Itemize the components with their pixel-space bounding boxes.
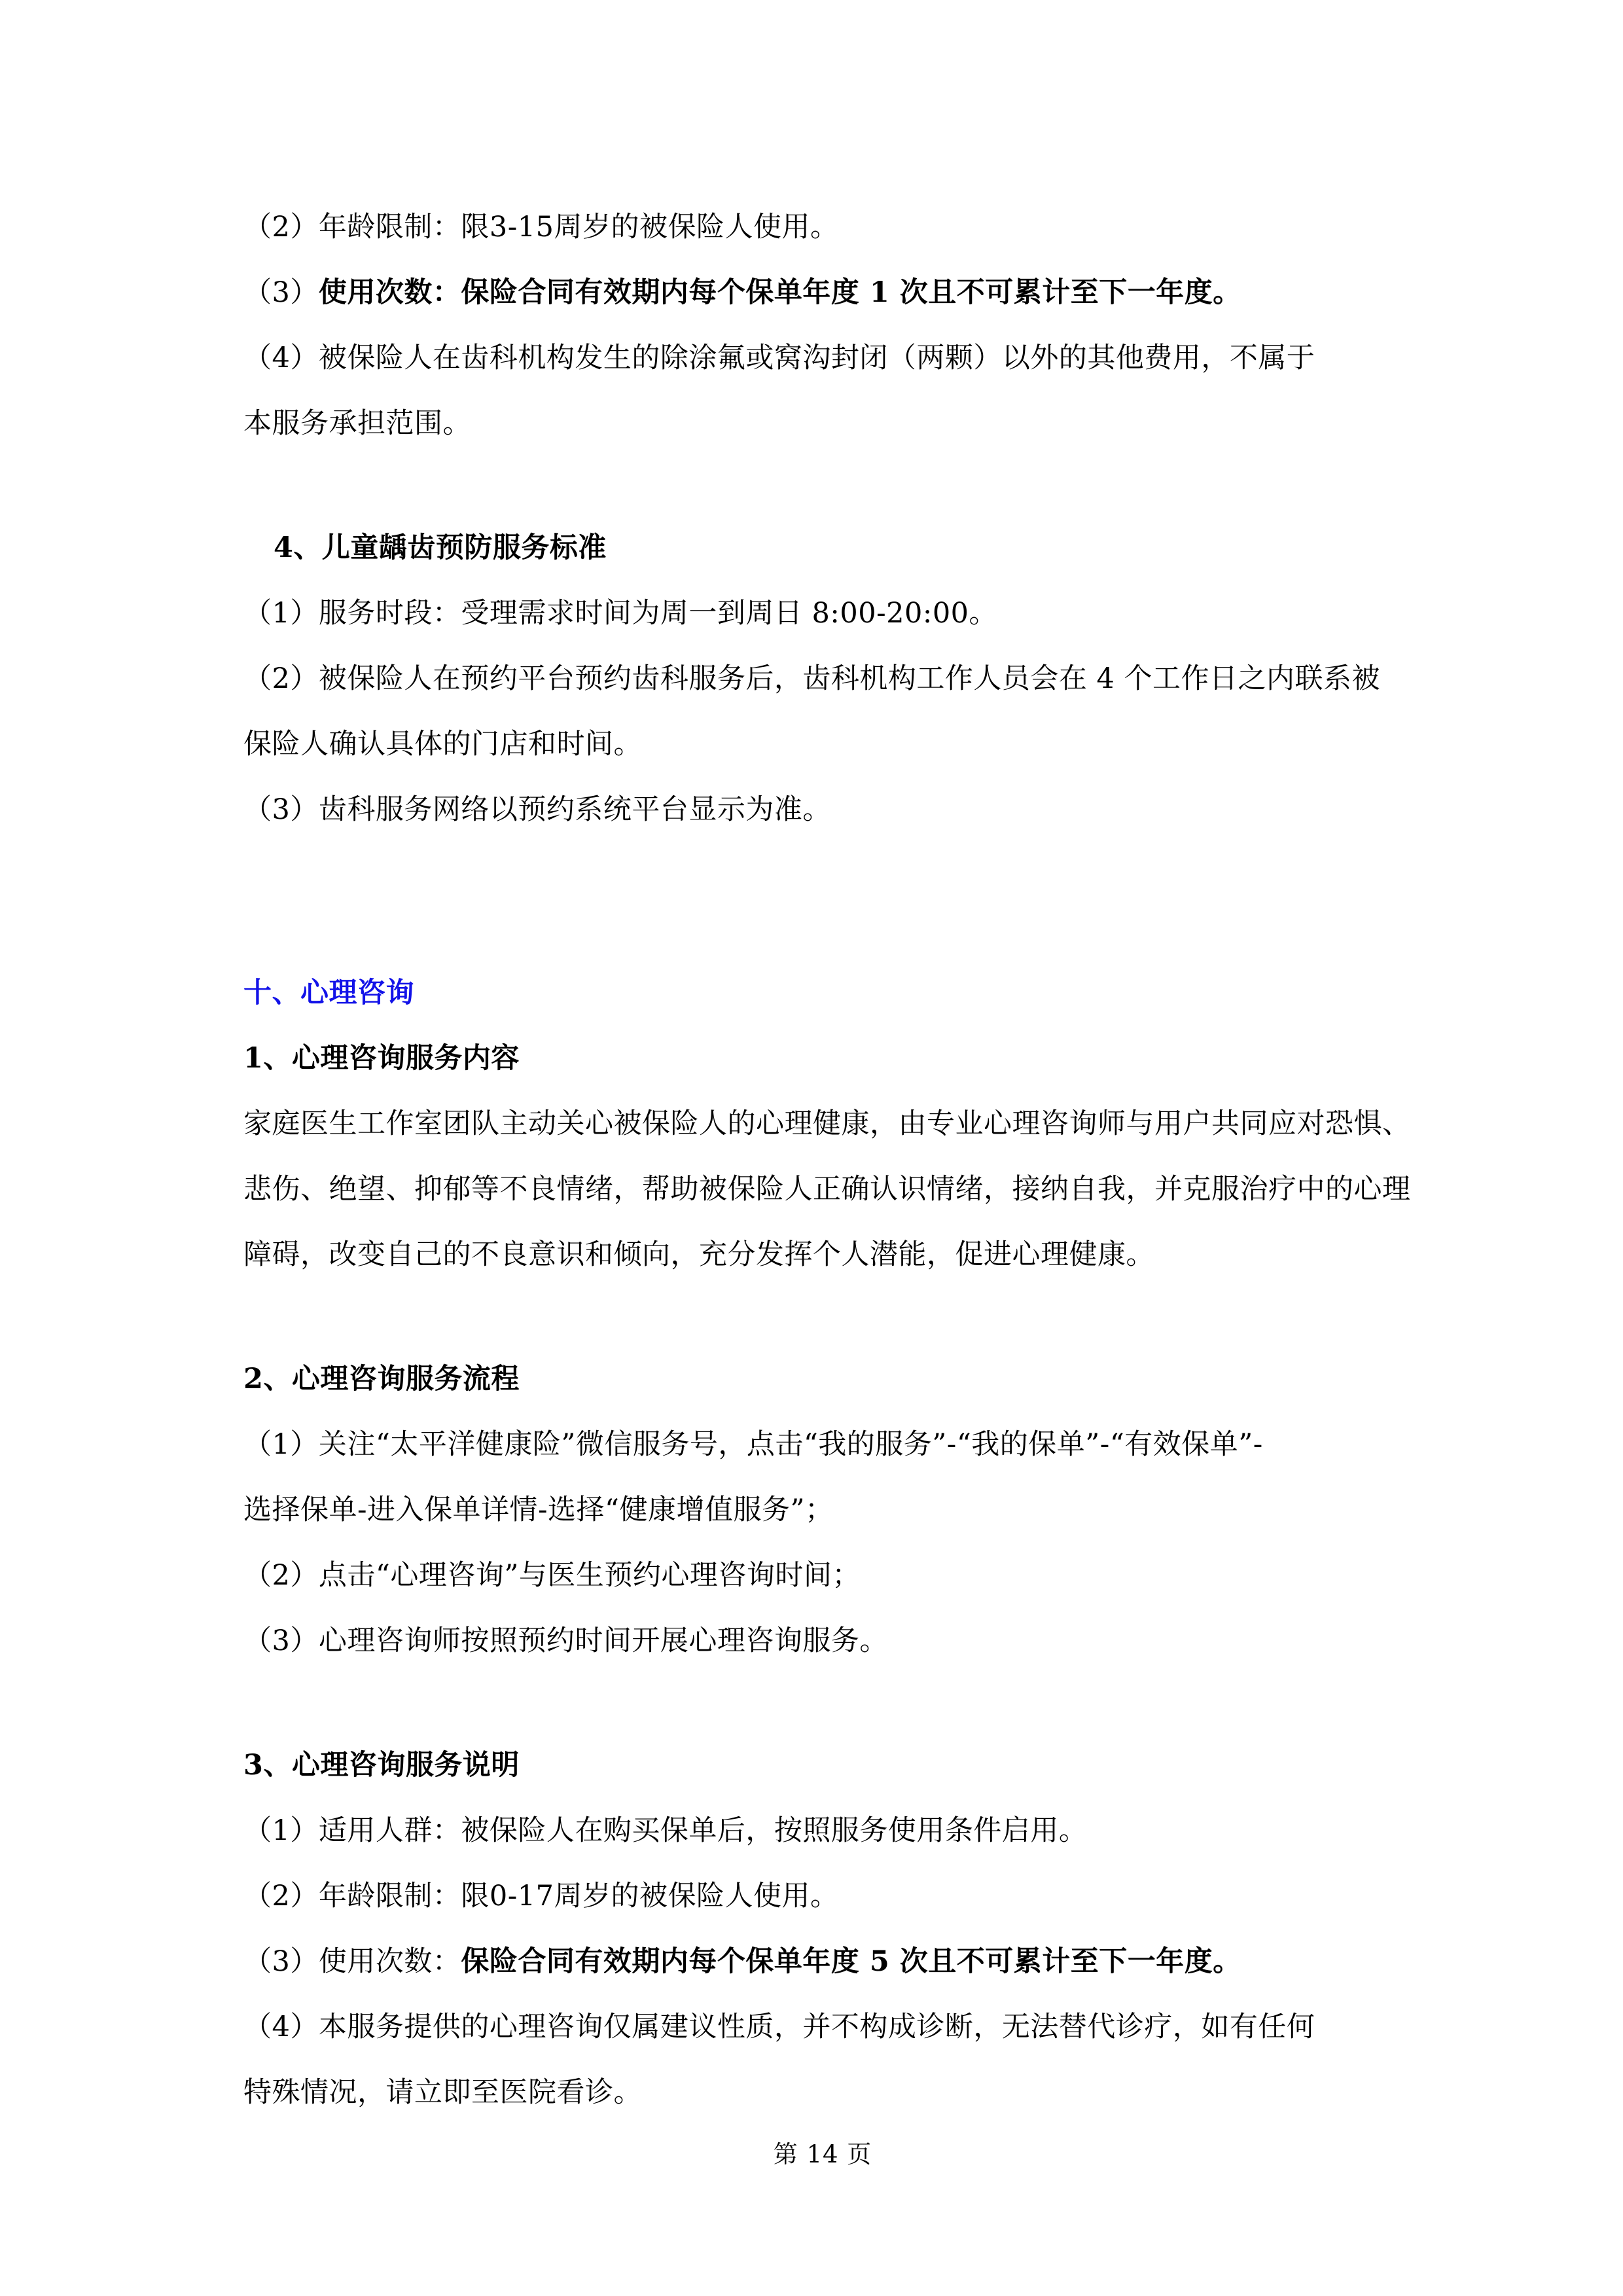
- body-text: （2）年龄限制：限3-15周岁的被保险人使用。: [243, 211, 838, 243]
- body-text: 障碍，改变自己的不良意识和倾向，充分发挥个人潜能，促进心理健康。: [243, 1238, 1154, 1271]
- blank-line: [243, 901, 1402, 960]
- body-text: 悲伤、绝望、抑郁等不良情绪，帮助被保险人正确认识情绪，接纳自我，并克服治疗中的心…: [243, 1173, 1411, 1206]
- body-text: （2）点击“心理咨询”与医生预约心理咨询时间；: [243, 1559, 861, 1592]
- document-line: （4）本服务提供的心理咨询仅属建议性质，并不构成诊断，无法替代诊疗，如有任何: [243, 1994, 1402, 2060]
- document-line: （2）年龄限制：限3-15周岁的被保险人使用。: [243, 194, 1402, 260]
- blank-line: [243, 842, 1402, 901]
- document-line: 3、心理咨询服务说明: [243, 1732, 1402, 1798]
- body-text: 保险人确认具体的门店和时间。: [243, 728, 642, 761]
- body-text: （1）服务时段：受理需求时间为周一到周日 8:00-20:00。: [243, 597, 997, 630]
- bold-text: 1、心理咨询服务内容: [243, 1042, 520, 1075]
- document-content: （2）年龄限制：限3-15周岁的被保险人使用。（3）使用次数：保险合同有效期内每…: [0, 0, 1623, 2171]
- document-line: 2、心理咨询服务流程: [243, 1346, 1402, 1412]
- document-line: 选择保单-进入保单详情-选择“健康增值服务”；: [243, 1477, 1402, 1543]
- document-line: （2）被保险人在预约平台预约齿科服务后，齿科机构工作人员会在 4 个工作日之内联…: [243, 646, 1402, 711]
- document-line: （1）适用人群：被保险人在购买保单后，按照服务使用条件启用。: [243, 1798, 1402, 1863]
- document-line: 悲伤、绝望、抑郁等不良情绪，帮助被保险人正确认识情绪，接纳自我，并克服治疗中的心…: [243, 1157, 1402, 1222]
- bold-text: 3、心理咨询服务说明: [243, 1749, 520, 1782]
- document-line: 障碍，改变自己的不良意识和倾向，充分发挥个人潜能，促进心理健康。: [243, 1222, 1402, 1287]
- document-line: 保险人确认具体的门店和时间。: [243, 711, 1402, 777]
- body-text: 本服务承担范围。: [243, 407, 471, 440]
- body-text: （3）使用次数：: [243, 1945, 461, 1978]
- document-line: 本服务承担范围。: [243, 391, 1402, 456]
- document-line: （2）年龄限制：限0-17周岁的被保险人使用。: [243, 1863, 1402, 1929]
- body-text: （3）心理咨询师按照预约时间开展心理咨询服务。: [243, 1624, 888, 1657]
- body-text: （1）适用人群：被保险人在购买保单后，按照服务使用条件启用。: [243, 1814, 1087, 1847]
- blank-line: [243, 1287, 1402, 1346]
- document-lines: （2）年龄限制：限3-15周岁的被保险人使用。（3）使用次数：保险合同有效期内每…: [243, 194, 1402, 2125]
- document-line: （1）关注“太平洋健康险”微信服务号，点击“我的服务”-“我的保单”-“有效保单…: [243, 1412, 1402, 1477]
- bold-text: 使用次数：保险合同有效期内每个保单年度 1 次且不可累计至下一年度。: [319, 276, 1241, 309]
- document-line: 十、心理咨询: [243, 960, 1402, 1026]
- blank-line: [243, 456, 1402, 515]
- body-text: （4）本服务提供的心理咨询仅属建议性质，并不构成诊断，无法替代诊疗，如有任何: [243, 2011, 1315, 2043]
- chapter-heading-text: 十、心理咨询: [243, 977, 414, 1009]
- document-line: （3）齿科服务网络以预约系统平台显示为准。: [243, 777, 1402, 842]
- document-line: 特殊情况，请立即至医院看诊。: [243, 2060, 1402, 2125]
- document-page: （2）年龄限制：限3-15周岁的被保险人使用。（3）使用次数：保险合同有效期内每…: [0, 0, 1623, 2296]
- bold-text: 2、心理咨询服务流程: [243, 1363, 520, 1395]
- document-line: 家庭医生工作室团队主动关心被保险人的心理健康，由专业心理咨询师与用户共同应对恐惧…: [243, 1091, 1402, 1157]
- body-text: （2）年龄限制：限0-17周岁的被保险人使用。: [243, 1880, 838, 1912]
- blank-line: [243, 1674, 1402, 1732]
- bold-text: 4、儿童龋齿预防服务标准: [274, 531, 607, 564]
- page-number: 第 14 页: [243, 2138, 1402, 2171]
- body-text: （3）: [243, 276, 319, 309]
- body-text: （4）被保险人在齿科机构发生的除涂氟或窝沟封闭（两颗）以外的其他费用，不属于: [243, 342, 1315, 374]
- body-text: 家庭医生工作室团队主动关心被保险人的心理健康，由专业心理咨询师与用户共同应对恐惧…: [243, 1107, 1411, 1140]
- body-text: （1）关注“太平洋健康险”微信服务号，点击“我的服务”-“我的保单”-“有效保单…: [243, 1428, 1263, 1461]
- document-line: （4）被保险人在齿科机构发生的除涂氟或窝沟封闭（两颗）以外的其他费用，不属于: [243, 325, 1402, 391]
- body-text: （3）齿科服务网络以预约系统平台显示为准。: [243, 793, 831, 826]
- body-text: 特殊情况，请立即至医院看诊。: [243, 2076, 642, 2109]
- body-text: （2）被保险人在预约平台预约齿科服务后，齿科机构工作人员会在 4 个工作日之内联…: [243, 662, 1380, 695]
- document-line: （2）点击“心理咨询”与医生预约心理咨询时间；: [243, 1543, 1402, 1608]
- document-line: （3）使用次数：保险合同有效期内每个保单年度 5 次且不可累计至下一年度。: [243, 1929, 1402, 1994]
- bold-text: 保险合同有效期内每个保单年度 5 次且不可累计至下一年度。: [461, 1945, 1241, 1978]
- document-line: （3）心理咨询师按照预约时间开展心理咨询服务。: [243, 1608, 1402, 1674]
- document-line: 4、儿童龋齿预防服务标准: [243, 515, 1402, 581]
- body-text: 选择保单-进入保单详情-选择“健康增值服务”；: [243, 1494, 834, 1526]
- document-line: （3）使用次数：保险合同有效期内每个保单年度 1 次且不可累计至下一年度。: [243, 260, 1402, 325]
- document-line: 1、心理咨询服务内容: [243, 1026, 1402, 1091]
- document-line: （1）服务时段：受理需求时间为周一到周日 8:00-20:00。: [243, 581, 1402, 646]
